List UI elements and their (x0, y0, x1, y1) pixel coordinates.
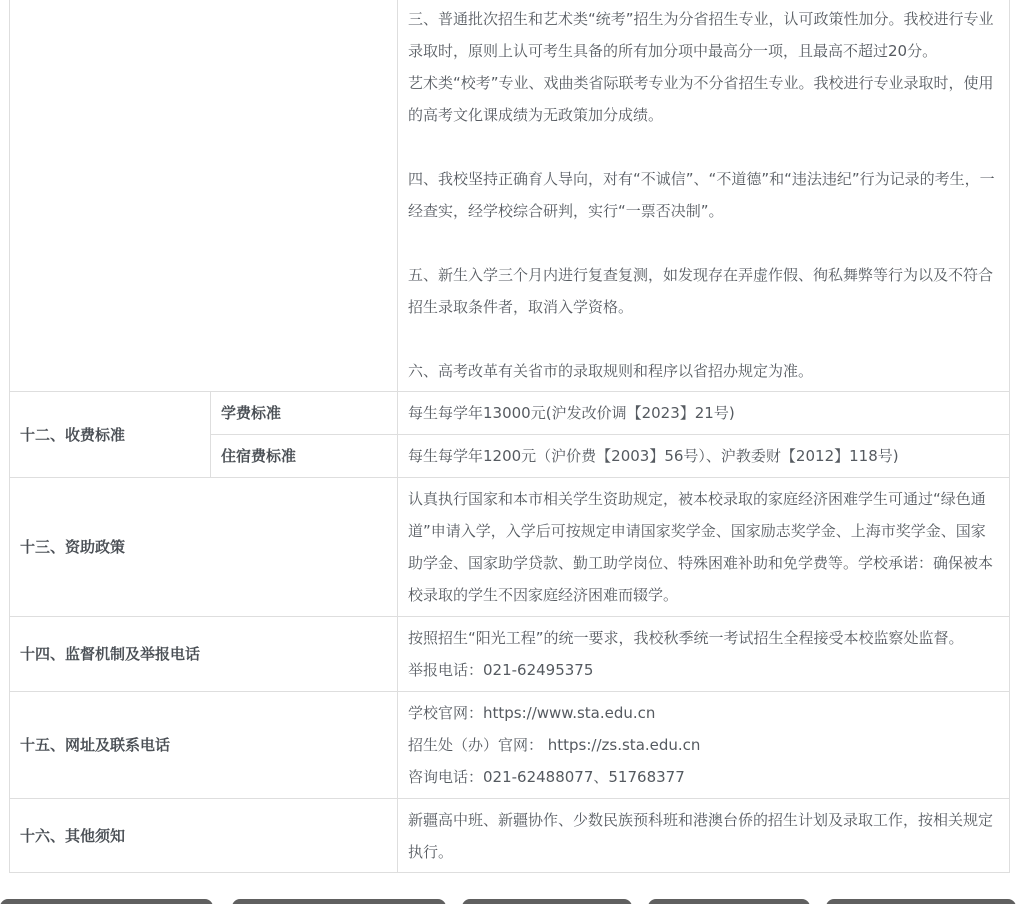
contact-heading: 十五、网址及联系电话 (10, 692, 398, 799)
tuition-label: 学费标准 (211, 392, 398, 435)
housing-value: 每生每学年1200元（沪价费【2003】56号）、沪教委财【2012】118号) (398, 435, 1010, 478)
table-row-supervision: 十四、监督机制及举报电话 按照招生“阳光工程”的统一要求，我校秋季统一考试招生全… (10, 617, 1010, 692)
fees-heading: 十二、收费标准 (10, 392, 211, 478)
bottom-tab-2[interactable] (232, 899, 446, 904)
table-row-other: 十六、其他须知 新疆高中班、新疆协作、少数民族预科班和港澳台侨的招生计划及录取工… (10, 799, 1010, 873)
rule-paragraph-art: 艺术类“校考”专业、戏曲类省际联考专业为不分省招生专业。我校进行专业录取时，使用… (408, 67, 999, 131)
supervision-heading: 十四、监督机制及举报电话 (10, 617, 398, 692)
table-row-tuition: 十二、收费标准 学费标准 每生每学年13000元(沪发改价调【2023】21号) (10, 392, 1010, 435)
aid-heading: 十三、资助政策 (10, 478, 398, 617)
bottom-tab-5[interactable] (826, 899, 1016, 904)
empty-heading-cell (10, 0, 398, 392)
rule-paragraph-6: 六、高考改革有关省市的录取规则和程序以省招办规定为准。 (408, 355, 999, 387)
housing-label: 住宿费标准 (211, 435, 398, 478)
supervision-statement: 按照招生“阳光工程”的统一要求，我校秋季统一考试招生全程接受本校监察处监督。 (408, 622, 999, 654)
admission-rules-cell: 三、普通批次招生和艺术类“统考”招生为分省招生专业，认可政策性加分。我校进行专业… (398, 0, 1010, 392)
report-phone: 举报电话：021-62495375 (408, 654, 999, 686)
aid-text: 认真执行国家和本市相关学生资助规定，被本校录取的家庭经济困难学生可通过“绿色通道… (398, 478, 1010, 617)
bottom-tab-3[interactable] (462, 899, 632, 904)
other-text: 新疆高中班、新疆协作、少数民族预科班和港澳台侨的招生计划及录取工作，按相关规定执… (398, 799, 1010, 873)
tuition-value: 每生每学年13000元(沪发改价调【2023】21号) (398, 392, 1010, 435)
contact-cell: 学校官网：https://www.sta.edu.cn 招生处（办）官网： ht… (398, 692, 1010, 799)
admission-table: 三、普通批次招生和艺术类“统考”招生为分省招生专业，认可政策性加分。我校进行专业… (9, 0, 1010, 873)
rule-paragraph-5: 五、新生入学三个月内进行复查复测，如发现存在弄虚作假、徇私舞弊等行为以及不符合招… (408, 259, 999, 323)
school-website: 学校官网：https://www.sta.edu.cn (408, 697, 999, 729)
other-heading: 十六、其他须知 (10, 799, 398, 873)
bottom-tab-1[interactable] (0, 899, 213, 904)
bottom-tab-4[interactable] (648, 899, 810, 904)
rule-paragraph-4: 四、我校坚持正确育人导向，对有“不诚信”、“不道德”和“违法违纪”行为记录的考生… (408, 163, 999, 227)
bottom-tab-bar (0, 898, 1016, 904)
supervision-cell: 按照招生“阳光工程”的统一要求，我校秋季统一考试招生全程接受本校监察处监督。 举… (398, 617, 1010, 692)
table-row-aid: 十三、资助政策 认真执行国家和本市相关学生资助规定，被本校录取的家庭经济困难学生… (10, 478, 1010, 617)
table-row-contact: 十五、网址及联系电话 学校官网：https://www.sta.edu.cn 招… (10, 692, 1010, 799)
rule-paragraph-3: 三、普通批次招生和艺术类“统考”招生为分省招生专业，认可政策性加分。我校进行专业… (408, 3, 999, 67)
admissions-website: 招生处（办）官网： https://zs.sta.edu.cn (408, 729, 999, 761)
consult-phone: 咨询电话：021-62488077、51768377 (408, 761, 999, 793)
table-row-admission-rules: 三、普通批次招生和艺术类“统考”招生为分省招生专业，认可政策性加分。我校进行专业… (10, 0, 1010, 392)
